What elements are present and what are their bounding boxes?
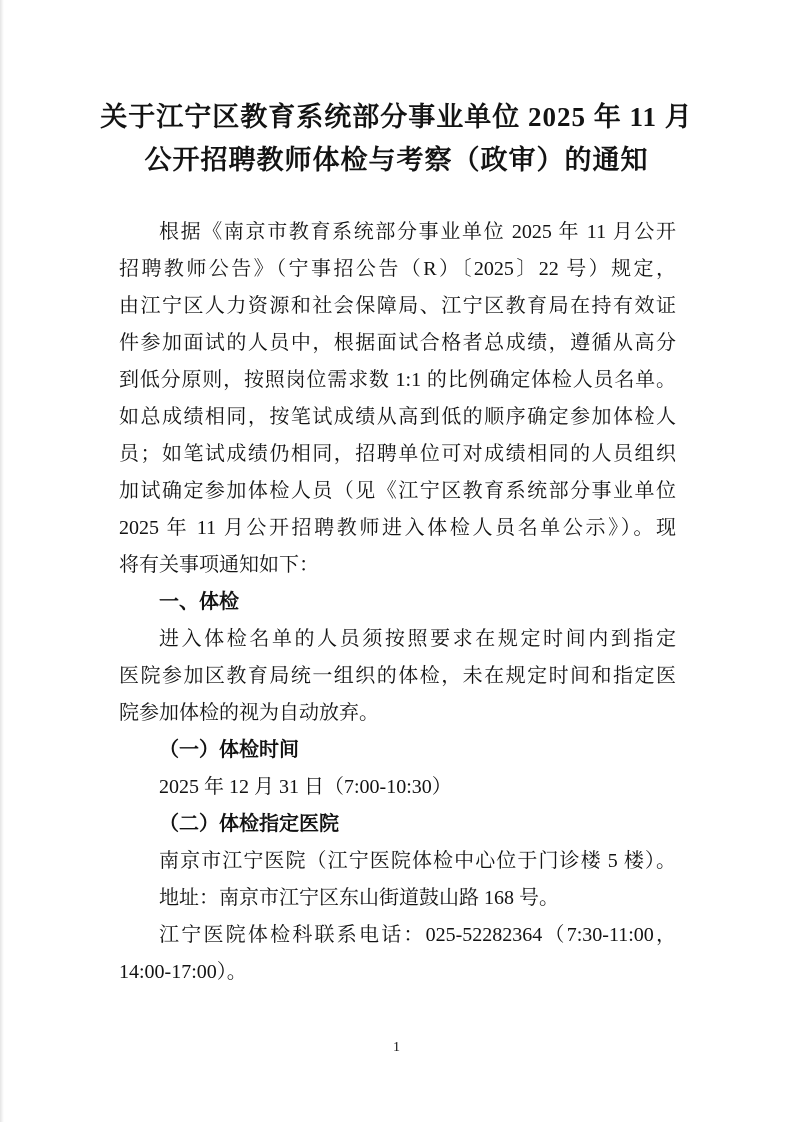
section-1-line: 院参加体检的视为自动放弃。 — [119, 695, 676, 732]
document-body: 根据《南京市教育系统部分事业单位 2025 年 11 月公开 招聘教师公告》（宁… — [119, 214, 676, 991]
subsection-1-heading: （一）体检时间 — [119, 732, 676, 769]
exam-time-line: 2025 年 12 月 31 日（7:00-10:30） — [119, 769, 676, 806]
section-1-line: 进入体检名单的人员须按照要求在规定时间内到指定 — [119, 621, 676, 658]
intro-paragraph-line: 将有关事项通知如下： — [119, 547, 676, 584]
page-number: 1 — [0, 1039, 793, 1057]
document-title-line1: 关于江宁区教育系统部分事业单位 2025 年 11 月 — [0, 96, 793, 139]
intro-paragraph-line: 件参加面试的人员中，根据面试合格者总成绩，遵循从高分 — [119, 325, 676, 362]
document-title-line2: 公开招聘教师体检与考察（政审）的通知 — [0, 139, 793, 182]
subsection-2-heading: （二）体检指定医院 — [119, 806, 676, 843]
hospital-phone-line: 江宁医院体检科联系电话：025-52282364（7:30-11:00， — [119, 917, 676, 954]
hospital-phone-line: 14:00-17:00）。 — [119, 954, 676, 991]
document-title: 关于江宁区教育系统部分事业单位 2025 年 11 月 公开招聘教师体检与考察（… — [0, 0, 793, 182]
intro-paragraph-line: 员；如笔试成绩仍相同，招聘单位可对成绩相同的人员组织 — [119, 436, 676, 473]
hospital-address-line: 地址：南京市江宁区东山街道鼓山路 168 号。 — [119, 880, 676, 917]
intro-paragraph-line: 如总成绩相同，按笔试成绩从高到低的顺序确定参加体检人 — [119, 399, 676, 436]
section-1-line: 医院参加区教育局统一组织的体检，未在规定时间和指定医 — [119, 658, 676, 695]
intro-paragraph-line: 到低分原则，按照岗位需求数 1:1 的比例确定体检人员名单。 — [119, 362, 676, 399]
intro-paragraph-line: 加试确定参加体检人员（见《江宁区教育系统部分事业单位 — [119, 473, 676, 510]
hospital-name-line: 南京市江宁医院（江宁医院体检中心位于门诊楼 5 楼）。 — [119, 843, 676, 880]
intro-paragraph-line: 招聘教师公告》（宁事招公告（R）〔2025〕22 号）规定， — [119, 251, 676, 288]
intro-paragraph-line: 根据《南京市教育系统部分事业单位 2025 年 11 月公开 — [119, 214, 676, 251]
section-1-heading: 一、体检 — [119, 584, 676, 621]
intro-paragraph-line: 2025 年 11 月公开招聘教师进入体检人员名单公示》）。现 — [119, 510, 676, 547]
intro-paragraph-line: 由江宁区人力资源和社会保障局、江宁区教育局在持有效证 — [119, 288, 676, 325]
notice-document-page: 关于江宁区教育系统部分事业单位 2025 年 11 月 公开招聘教师体检与考察（… — [0, 0, 793, 1122]
